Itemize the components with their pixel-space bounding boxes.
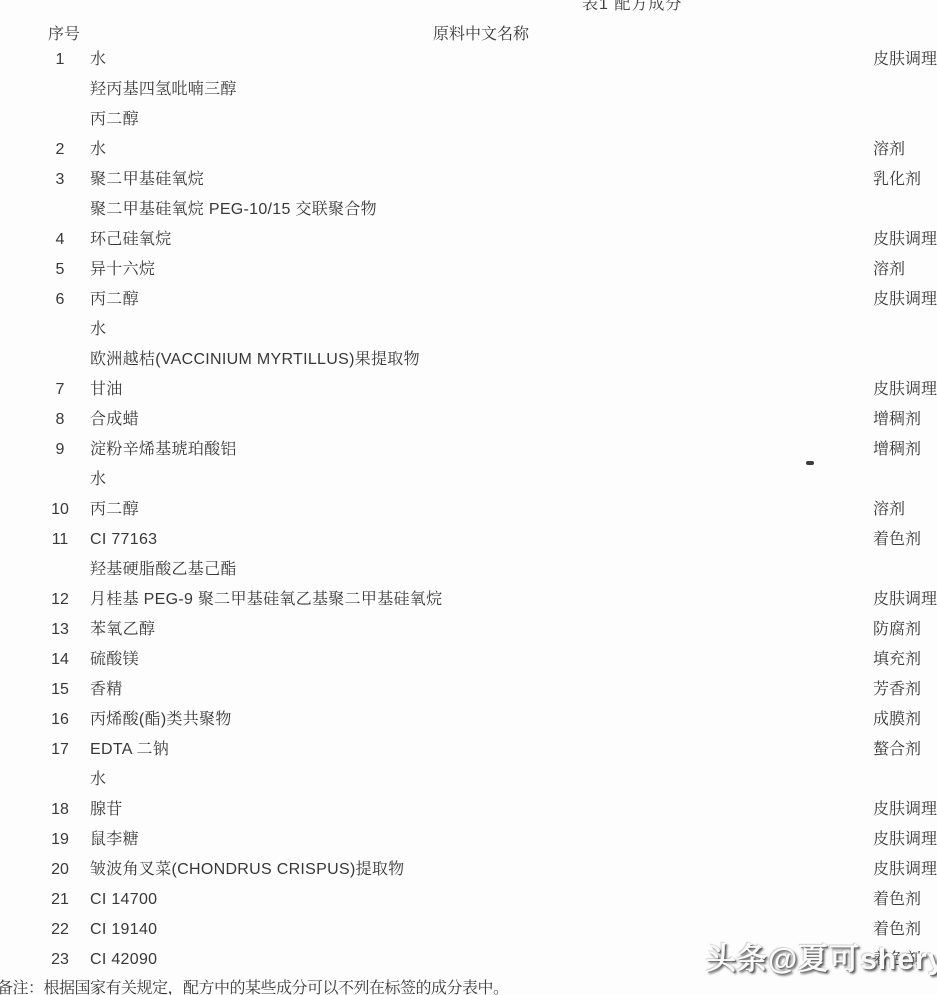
row-index: 1 [30,45,90,75]
row-index: 6 [30,285,90,315]
stray-ink-dot [806,461,814,465]
ingredient-name: 羟丙基四氢吡喃三醇 [90,75,237,105]
table-row: 2 水 溶剂 [0,135,937,165]
ingredient-function: 溶剂 [873,495,937,525]
ingredient-name: 欧洲越桔(VACCINIUM MYRTILLUS)果提取物 [90,345,420,375]
table-row: 丙二醇 [0,105,937,135]
row-index: 23 [30,945,90,975]
table-row: 22 CI 19140 着色剂 [0,915,937,945]
ingredient-name: 水 [90,465,106,495]
ingredient-name: 硫酸镁 [90,645,139,675]
footnote: 备注：根据国家有关规定，配方中的某些成分可以不列在标签的成分表中。 [0,977,509,995]
table-row: 11 CI 77163 着色剂 [0,525,937,555]
row-index: 18 [30,795,90,825]
ingredient-name: 羟基硬脂酸乙基己酯 [90,555,237,585]
table-row: 13 苯氧乙醇 防腐剂 [0,615,937,645]
table-row: 18 腺苷 皮肤调理 [0,795,937,825]
ingredient-name: 鼠李糖 [90,825,139,855]
table-row: 4 环己硅氧烷 皮肤调理 [0,225,937,255]
ingredient-name: CI 14700 [90,885,157,915]
ingredient-name: 腺苷 [90,795,123,825]
row-index: 13 [30,615,90,645]
ingredient-name: 水 [90,45,106,75]
header-ingredient-name: 原料中文名称 [433,25,529,45]
row-index: 12 [30,585,90,615]
row-index: 3 [30,165,90,195]
row-index: 2 [30,135,90,165]
table-row: 欧洲越桔(VACCINIUM MYRTILLUS)果提取物 [0,345,937,375]
table-title: 表1 配方成分 [582,0,682,14]
table-row: 21 CI 14700 着色剂 [0,885,937,915]
table-row: 5 异十六烷 溶剂 [0,255,937,285]
row-index: 14 [30,645,90,675]
ingredient-name: 丙烯酸(酯)类共聚物 [90,705,232,735]
table-row: 12 月桂基 PEG-9 聚二甲基硅氧乙基聚二甲基硅氧烷 皮肤调理 [0,585,937,615]
ingredient-function: 皮肤调理 [873,855,937,885]
ingredient-function: 溶剂 [873,135,937,165]
ingredient-name: CI 77163 [90,525,157,555]
table-row: 3 聚二甲基硅氧烷 乳化剂 [0,165,937,195]
row-index: 17 [30,735,90,765]
row-index: 15 [30,675,90,705]
table-rows: 1 水 皮肤调理 羟丙基四氢吡喃三醇 丙二醇 2 水 溶剂 3 聚二甲基硅氧烷 … [0,45,937,975]
ingredient-name: EDTA 二钠 [90,735,169,765]
ingredient-function: 乳化剂 [873,165,937,195]
row-index: 16 [30,705,90,735]
ingredient-function: 皮肤调理 [873,285,937,315]
table-row: 水 [0,465,937,495]
ingredient-name: 淀粉辛烯基琥珀酸铝 [90,435,237,465]
row-index: 22 [30,915,90,945]
ingredient-function: 着色剂 [873,525,937,555]
table-row: 16 丙烯酸(酯)类共聚物 成膜剂 [0,705,937,735]
ingredient-name: 甘油 [90,375,123,405]
table-row: 15 香精 芳香剂 [0,675,937,705]
ingredient-function: 着色剂 [873,885,937,915]
ingredient-name: CI 42090 [90,945,157,975]
row-index: 7 [30,375,90,405]
table-row: 9 淀粉辛烯基琥珀酸铝 增稠剂 [0,435,937,465]
toutiao-watermark: 头条@夏可sheryl [706,942,937,978]
ingredient-function: 皮肤调理 [873,825,937,855]
ingredient-function: 皮肤调理 [873,225,937,255]
ingredient-name: 月桂基 PEG-9 聚二甲基硅氧乙基聚二甲基硅氧烷 [90,585,442,615]
table-row: 羟丙基四氢吡喃三醇 [0,75,937,105]
ingredient-function: 增稠剂 [873,405,937,435]
ingredient-function: 溶剂 [873,255,937,285]
row-index: 21 [30,885,90,915]
row-index: 5 [30,255,90,285]
row-index: 9 [30,435,90,465]
table-row: 19 鼠李糖 皮肤调理 [0,825,937,855]
table-row: 羟基硬脂酸乙基己酯 [0,555,937,585]
row-index: 11 [30,525,90,555]
ingredient-name: 皱波角叉菜(CHONDRUS CRISPUS)提取物 [90,855,404,885]
ingredient-name: 丙二醇 [90,495,139,525]
table-row: 6 丙二醇 皮肤调理 [0,285,937,315]
document-page: 表1 配方成分 序号 原料中文名称 1 水 皮肤调理 羟丙基四氢吡喃三醇 丙二醇… [0,0,937,995]
ingredient-function: 着色剂 [873,915,937,945]
ingredient-function: 增稠剂 [873,435,937,465]
ingredient-function: 螯合剂 [873,735,937,765]
ingredient-name: 苯氧乙醇 [90,615,155,645]
ingredient-function: 填充剂 [873,645,937,675]
ingredient-name: 丙二醇 [90,105,139,135]
ingredient-name: 环己硅氧烷 [90,225,172,255]
ingredient-name: 丙二醇 [90,285,139,315]
ingredient-name: 香精 [90,675,123,705]
ingredient-function: 皮肤调理 [873,375,937,405]
row-index: 4 [30,225,90,255]
table-row: 17 EDTA 二钠 螯合剂 [0,735,937,765]
ingredient-name: 聚二甲基硅氧烷 PEG-10/15 交联聚合物 [90,195,377,225]
header-index: 序号 [48,25,80,45]
table-row: 7 甘油 皮肤调理 [0,375,937,405]
table-row: 10 丙二醇 溶剂 [0,495,937,525]
ingredient-function: 皮肤调理 [873,45,937,75]
ingredient-function: 皮肤调理 [873,585,937,615]
table-row: 水 [0,765,937,795]
ingredient-name: 聚二甲基硅氧烷 [90,165,204,195]
ingredient-function: 成膜剂 [873,705,937,735]
table-row: 14 硫酸镁 填充剂 [0,645,937,675]
ingredient-function: 芳香剂 [873,675,937,705]
ingredient-name: 水 [90,315,106,345]
table-row: 8 合成蜡 增稠剂 [0,405,937,435]
row-index: 8 [30,405,90,435]
ingredient-function: 皮肤调理 [873,795,937,825]
ingredient-function: 防腐剂 [873,615,937,645]
table-header-row: 序号 原料中文名称 [0,25,937,45]
ingredient-name: 水 [90,135,106,165]
table-row: 聚二甲基硅氧烷 PEG-10/15 交联聚合物 [0,195,937,225]
table-row: 1 水 皮肤调理 [0,45,937,75]
row-index: 10 [30,495,90,525]
ingredient-name: CI 19140 [90,915,157,945]
row-index: 19 [30,825,90,855]
ingredient-name: 水 [90,765,106,795]
row-index: 20 [30,855,90,885]
table-row: 水 [0,315,937,345]
table-row: 20 皱波角叉菜(CHONDRUS CRISPUS)提取物 皮肤调理 [0,855,937,885]
ingredient-name: 异十六烷 [90,255,155,285]
ingredient-name: 合成蜡 [90,405,139,435]
